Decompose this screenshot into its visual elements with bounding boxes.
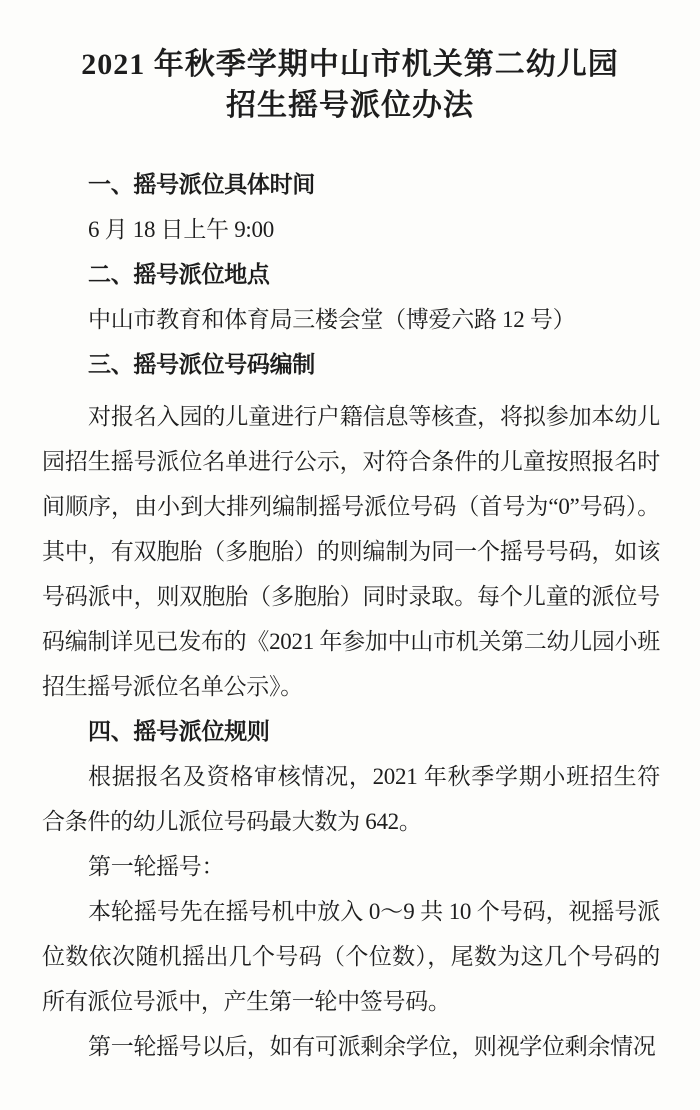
section-4-paragraph-basis: 根据报名及资格审核情况，2021 年秋季学期小班招生符合条件的幼儿派位号码最大数…	[42, 754, 660, 844]
section-3-paragraph-numbering: 对报名入园的儿童进行户籍信息等核查，将拟参加本幼儿园招生摇号派位名单进行公示，对…	[42, 394, 660, 709]
section-2-heading: 二、摇号派位地点	[42, 252, 660, 297]
title-line-1: 2021 年秋季学期中山市机关第二幼儿园	[40, 44, 660, 85]
section-1-paragraph-time: 6 月 18 日上午 9:00	[42, 207, 660, 252]
document-title: 2021 年秋季学期中山市机关第二幼儿园 招生摇号派位办法	[40, 44, 660, 126]
section-4-paragraph-after-round1: 第一轮摇号以后，如有可派剩余学位，则视学位剩余情况	[42, 1024, 660, 1069]
section-2-paragraph-location: 中山市教育和体育局三楼会堂（博爱六路 12 号）	[42, 297, 660, 342]
section-3-heading: 三、摇号派位号码编制	[42, 342, 660, 387]
section-4-heading: 四、摇号派位规则	[42, 709, 660, 754]
document-page: 2021 年秋季学期中山市机关第二幼儿园 招生摇号派位办法 一、摇号派位具体时间…	[0, 0, 700, 1110]
document-body: 一、摇号派位具体时间 6 月 18 日上午 9:00 二、摇号派位地点 中山市教…	[42, 162, 660, 1069]
section-4-paragraph-round1-rule: 本轮摇号先在摇号机中放入 0～9 共 10 个号码，视摇号派位数依次随机摇出几个…	[42, 889, 660, 1024]
section-1-heading: 一、摇号派位具体时间	[42, 162, 660, 207]
section-4-paragraph-round1-label: 第一轮摇号：	[42, 844, 660, 889]
title-line-2: 招生摇号派位办法	[40, 85, 660, 126]
